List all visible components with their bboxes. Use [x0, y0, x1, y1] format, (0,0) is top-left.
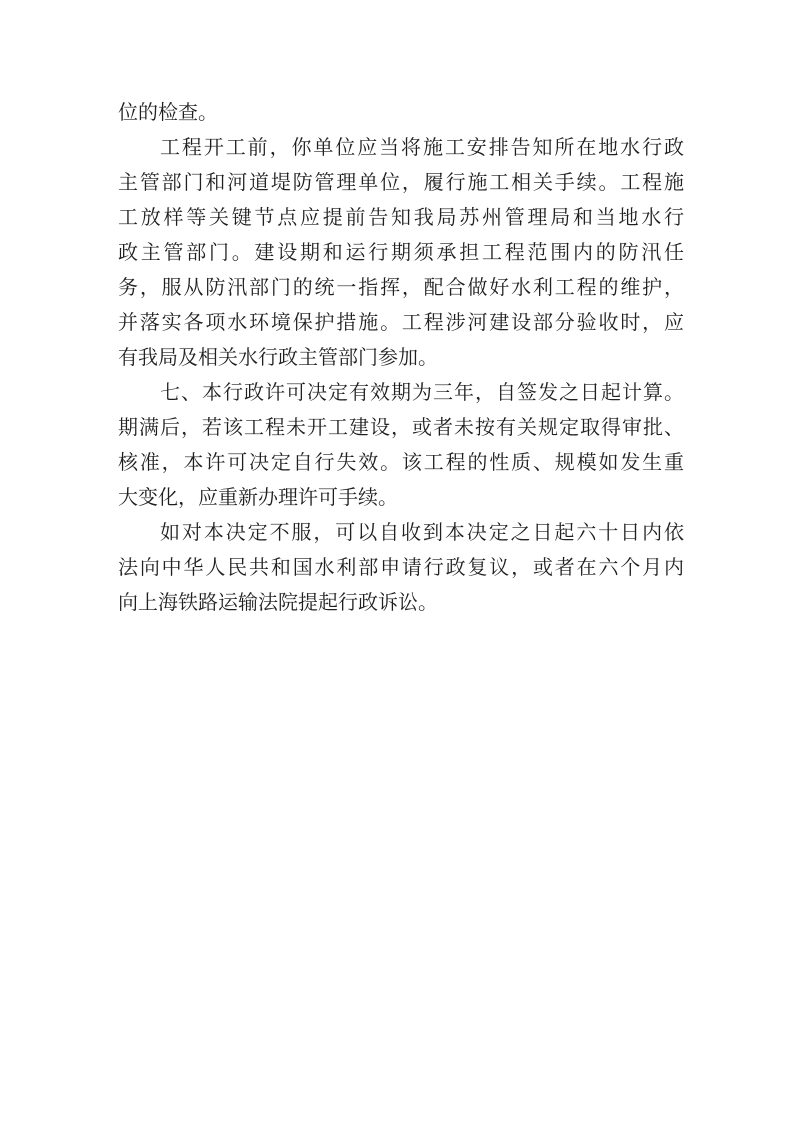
document-line-4: 工放样等关键节点应提前告知我局苏州管理局和当地水行: [118, 201, 684, 236]
document-line-14: 法向中华人民共和国水利部申请行政复议，或者在六个月内: [118, 551, 684, 586]
document-line-7: 并落实各项水环境保护措施。工程涉河建设部分验收时，应: [118, 306, 684, 341]
document-line-15: 向上海铁路运输法院提起行政诉讼。: [118, 586, 684, 621]
document-text-block: 位的检查。 工程开工前，你单位应当将施工安排告知所在地水行政 主管部门和河道堤防…: [118, 96, 684, 621]
document-line-11: 核准，本许可决定自行失效。该工程的性质、规模如发生重: [118, 446, 684, 481]
document-page: 位的检查。 工程开工前，你单位应当将施工安排告知所在地水行政 主管部门和河道堤防…: [0, 0, 800, 1131]
document-line-12: 大变化，应重新办理许可手续。: [118, 481, 684, 516]
document-line-1: 位的检查。: [118, 96, 684, 131]
document-line-3: 主管部门和河道堤防管理单位，履行施工相关手续。工程施: [118, 166, 684, 201]
document-line-9: 七、本行政许可决定有效期为三年，自签发之日起计算。: [118, 376, 684, 411]
document-line-2: 工程开工前，你单位应当将施工安排告知所在地水行政: [118, 131, 684, 166]
document-line-6: 务，服从防汛部门的统一指挥，配合做好水利工程的维护，: [118, 271, 684, 306]
document-line-10: 期满后，若该工程未开工建设，或者未按有关规定取得审批、: [118, 411, 684, 446]
document-line-8: 有我局及相关水行政主管部门参加。: [118, 341, 684, 376]
document-line-13: 如对本决定不服，可以自收到本决定之日起六十日内依: [118, 516, 684, 551]
document-line-5: 政主管部门。建设期和运行期须承担工程范围内的防汛任: [118, 236, 684, 271]
